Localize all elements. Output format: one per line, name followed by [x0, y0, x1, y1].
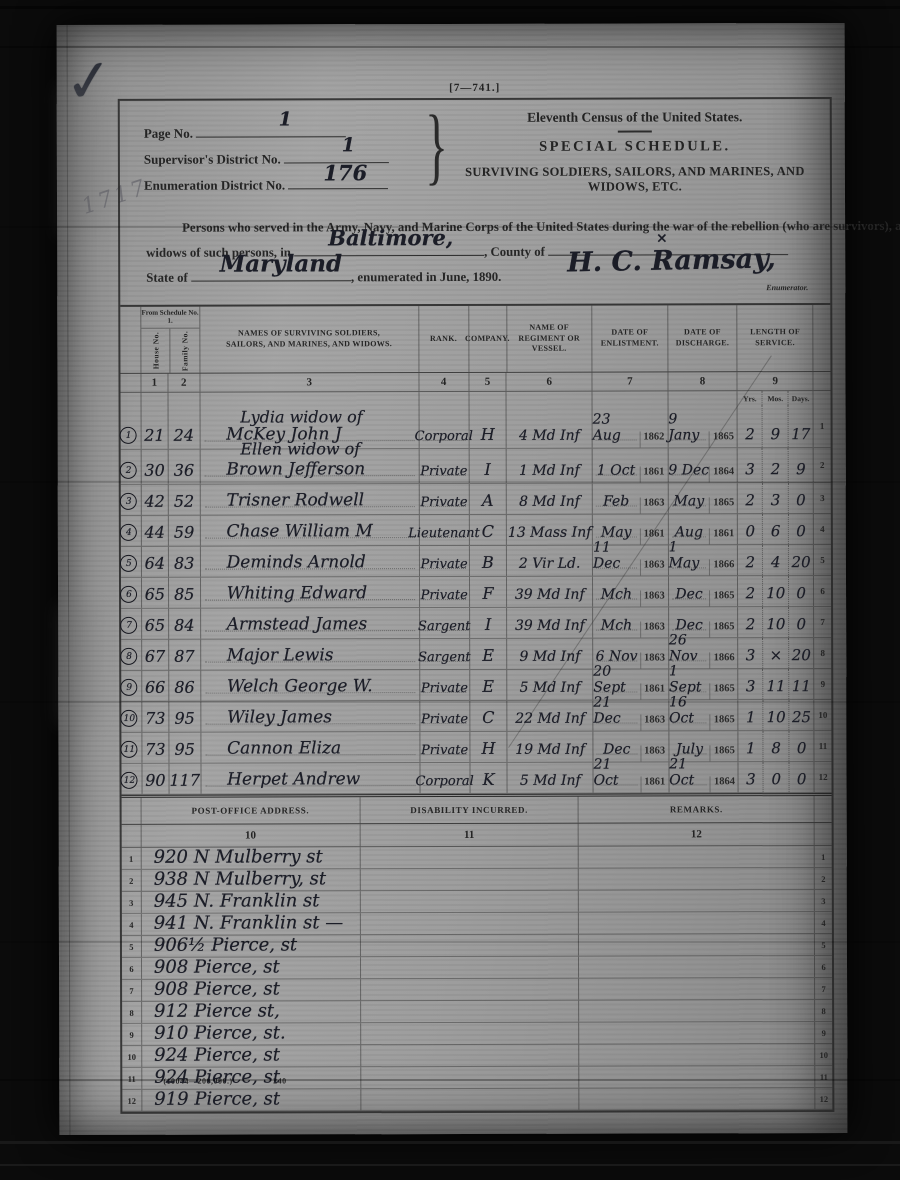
scan-smudge — [58, 605, 98, 725]
regiment-cell: 5 Md Inf — [508, 763, 594, 793]
disability-cell — [360, 869, 579, 891]
family-no-cell: 52 — [169, 485, 201, 515]
disability-cell — [361, 1089, 580, 1111]
service-days-cell: 9 — [789, 448, 814, 482]
discharge-year: 1866 — [709, 559, 737, 575]
address-cell: 910 Pierce, st. — [142, 1023, 361, 1045]
enlistment-day-month: Mch — [593, 618, 640, 638]
header-brace: } — [425, 102, 448, 188]
service-days-cell: 17 — [789, 405, 814, 447]
left-row-number: 4 — [122, 914, 142, 935]
enlistment-cell: 23 Aug 1862 — [593, 405, 669, 447]
house-no-cell: 66 — [142, 671, 169, 701]
name-cell: Herpet Andrew — [201, 763, 420, 794]
house-no-cell: 65 — [142, 578, 169, 608]
address-table-header: Post-office Address. Disability Incurred… — [122, 796, 832, 825]
left-row-number: 3 — [122, 892, 142, 913]
name-cell: Cannon Eliza — [201, 732, 420, 763]
company-cell: B — [469, 546, 507, 576]
enlistment-day-month: 21 Dec — [593, 695, 640, 731]
column-number-row: 1 2 3 4 5 6 7 8 9 — [120, 372, 830, 393]
company-cell: F — [470, 577, 508, 607]
service-years-cell: 3 — [739, 762, 764, 792]
page-no-value: 1 — [279, 108, 292, 130]
rank-cell: Private — [420, 670, 470, 700]
family-no-cell: 95 — [169, 733, 201, 763]
service-months-cell: 10 — [764, 700, 790, 730]
service-days-cell: 0 — [790, 731, 815, 761]
scan-streak — [0, 1141, 900, 1144]
circled-row-number: 7 — [121, 617, 138, 634]
soldier-name: Major Lewis — [201, 645, 334, 669]
left-row-number: 12 — [122, 1090, 142, 1111]
company-cell: K — [470, 763, 508, 793]
soldier-name: Deminds Arnold — [201, 552, 366, 576]
colnum-1: 1 — [141, 374, 168, 392]
circled-row-number: 3 — [120, 493, 137, 510]
discharge-year: 1864 — [710, 776, 738, 792]
soldier-name: Whiting Edward — [201, 583, 367, 607]
service-days-cell: 20 — [789, 638, 814, 668]
rank-header: Rank. — [419, 306, 469, 372]
right-row-number: 4 — [815, 912, 832, 933]
colnum-2: 2 — [168, 374, 200, 392]
service-days-cell: 0 — [789, 607, 814, 637]
enlistment-cell: Mch 1863 — [593, 607, 669, 637]
remarks-cell — [580, 1088, 816, 1110]
remarks-cell — [579, 890, 815, 912]
enlistment-day-month: 21 Oct — [594, 757, 641, 793]
discharge-year: 1865 — [710, 683, 738, 699]
remarks-cell — [579, 978, 815, 1000]
enlistment-day-month: Mch — [593, 587, 640, 607]
address-cell: 919 Pierce, st — [142, 1089, 361, 1111]
service-years-cell: 3 — [738, 448, 763, 482]
service-days-cell: 0 — [789, 483, 814, 513]
table-row: 3 42 52 Trisner Rodwell Private A 8 Md I… — [121, 483, 831, 516]
left-row-number: 1 — [122, 848, 142, 869]
schedule-title: SPECIAL SCHEDULE. — [450, 138, 820, 156]
remarks-cell — [579, 912, 815, 934]
enlistment-day-month: Feb — [593, 494, 640, 514]
soldier-name: Armstead James — [201, 614, 367, 638]
place-value: Baltimore, — [328, 225, 453, 250]
remarks-cell — [580, 1000, 816, 1022]
widow-of-line: Ellen widow of — [240, 439, 360, 458]
service-days-cell: 0 — [789, 514, 814, 544]
left-row-number: 8 — [122, 1002, 142, 1023]
address-cell: 908 Pierce, st — [142, 957, 361, 979]
colnum-8: 8 — [668, 372, 738, 390]
scanned-census-photo: { "form_code": "[7—741.]", "header": { "… — [0, 0, 900, 1180]
circled-row-number: 8 — [121, 648, 138, 665]
address-cell: 924 Pierce, st — [142, 1067, 361, 1089]
row-number-cell: 9 — [121, 671, 142, 701]
right-row-number: 5 — [814, 545, 831, 575]
house-no-cell: 73 — [142, 733, 169, 763]
row-number-cell: 5 — [121, 547, 142, 577]
disability-cell — [361, 979, 580, 1001]
name-cell: Trisner Rodwell — [200, 484, 419, 515]
address-row: 7 908 Pierce, st 7 — [122, 978, 832, 1002]
enumeration-district-value: 176 — [323, 160, 367, 185]
colnum-7: 7 — [592, 372, 668, 390]
regiment-cell: 1 Md Inf — [507, 449, 593, 483]
regiment-cell: 19 Md Inf — [508, 732, 594, 762]
name-cell: Wiley James — [201, 701, 420, 732]
enumeration-district-line: 176 — [288, 176, 388, 189]
discharge-year: 1865 — [709, 590, 737, 606]
name-cell: Ellen widow of Brown Jefferson — [200, 449, 419, 484]
remarks-cell — [579, 934, 815, 956]
page-no-row: Page No. 1 — [144, 124, 346, 142]
service-years-cell: 2 — [738, 405, 763, 447]
enlistment-day-month: 1 Oct — [593, 463, 640, 483]
discharge-year: 1864 — [709, 466, 737, 482]
rank-cell: Private — [419, 449, 469, 483]
circled-row-number: 9 — [121, 679, 138, 696]
regiment-cell: 22 Md Inf — [508, 701, 594, 731]
mos-subheader: Mos. — [763, 391, 789, 405]
checkmark-annotation: ✓ — [61, 45, 117, 118]
enumerator-label: Enumerator. — [766, 283, 808, 292]
preamble-line1: Persons who served in the Army, Navy, an… — [146, 219, 804, 236]
name-cell: Armstead James — [201, 608, 420, 639]
row-number-cell: 12 — [121, 764, 142, 794]
enlistment-cell: Mch 1863 — [593, 576, 669, 606]
enlistment-year: 1863 — [640, 745, 668, 761]
disability-cell — [361, 1067, 580, 1089]
county-label: , County of — [484, 245, 545, 259]
service-days-cell: 20 — [789, 545, 814, 575]
table-row: 5 64 83 Deminds Arnold Private B 2 Vir L… — [121, 545, 831, 578]
from-schedule-column-group: From Schedule No. 1. House No. Family No… — [141, 307, 200, 373]
left-row-number: 10 — [122, 1046, 142, 1067]
right-row-number: 4 — [814, 514, 831, 544]
service-years-cell: 2 — [738, 607, 763, 637]
enumeration-district-label: Enumeration District No. — [144, 177, 285, 192]
house-no-cell: 64 — [142, 547, 169, 577]
discharge-year: 1865 — [710, 621, 738, 637]
address-row: 6 908 Pierce, st 6 — [122, 956, 832, 980]
rank-cell: Private — [420, 484, 470, 514]
address-cell: 941 N. Franklin st — — [142, 913, 361, 935]
colnum-11: 11 — [360, 824, 579, 847]
right-row-number: 9 — [815, 1022, 832, 1043]
enlistment-year: 1863 — [640, 652, 668, 668]
left-row-number: 2 — [122, 870, 142, 891]
service-years-cell: 0 — [738, 514, 763, 544]
circled-row-number: 10 — [121, 710, 138, 727]
rank-cell: Corporal — [419, 406, 469, 448]
enumerated-label: , enumerated in June, 1890. — [351, 270, 501, 284]
service-years-cell: 2 — [738, 483, 763, 513]
enlistment-cell: Feb 1863 — [593, 483, 669, 513]
state-label: State of — [146, 271, 188, 285]
title-rule — [618, 130, 652, 132]
discharge-cell: 1 May 1866 — [669, 545, 739, 575]
discharge-cell: Dec 1865 — [669, 576, 739, 606]
enlistment-day-month: 11 Dec — [593, 540, 640, 576]
service-days-cell: 11 — [789, 669, 814, 699]
soldier-name: Chase William M — [200, 521, 372, 545]
enlistment-header: Date of Enlistment. — [592, 305, 668, 371]
colnum-4: 4 — [419, 373, 469, 391]
discharge-day-month: 21 Oct — [669, 756, 710, 792]
enlistment-year: 1861 — [640, 776, 668, 792]
paper-edge-line — [67, 25, 71, 1135]
family-no-cell: 36 — [168, 450, 200, 484]
disability-cell — [361, 1001, 580, 1023]
family-no-header: Family No. — [171, 328, 199, 372]
left-row-number: 11 — [122, 1068, 142, 1089]
company-cell: C — [469, 515, 507, 545]
table-row: 6 65 85 Whiting Edward Private F 39 Md I… — [121, 576, 831, 609]
left-row-number: 5 — [122, 936, 142, 957]
colnum-5: 5 — [469, 373, 507, 391]
row-number-cell: 2 — [121, 450, 142, 484]
enlistment-year: 1862 — [639, 431, 667, 447]
right-row-number: 6 — [814, 576, 831, 606]
circled-row-number: 1 — [120, 427, 137, 444]
main-table: From Schedule No. 1. House No. Family No… — [120, 303, 831, 795]
remarks-cell — [579, 846, 815, 868]
days-subheader: Days. — [789, 391, 814, 405]
company-cell: E — [470, 670, 508, 700]
disability-cell — [361, 891, 580, 913]
rank-cell: Private — [420, 732, 470, 762]
page-no-label: Page No. — [144, 126, 193, 141]
right-row-number: 11 — [815, 1066, 832, 1087]
colnum-6: 6 — [507, 373, 593, 391]
address-table: Post-office Address. Disability Incurred… — [122, 793, 833, 1112]
right-row-number: 1 — [815, 846, 832, 867]
row-number-cell: 7 — [121, 609, 142, 639]
right-row-number: 8 — [815, 1000, 832, 1021]
remarks-cell — [579, 868, 815, 890]
house-no-cell: 73 — [142, 702, 169, 732]
address-cell: 920 N Mulberry st — [142, 847, 361, 869]
family-no-cell: 87 — [169, 640, 201, 670]
left-row-number: 7 — [122, 980, 142, 1001]
right-row-number: 9 — [814, 669, 831, 699]
from-schedule-label: From Schedule No. 1. — [141, 307, 199, 329]
table-row: 11 73 95 Cannon Eliza Private H 19 Md In… — [121, 731, 831, 764]
form-header: Page No. 1 Supervisor's District No. 1 E… — [120, 99, 830, 217]
discharge-day-month: May — [668, 493, 709, 513]
right-row-number: 2 — [814, 448, 831, 482]
service-months-cell: 4 — [763, 545, 789, 575]
address-cell: 912 Pierce st, — [142, 1001, 361, 1023]
service-years-cell: 2 — [738, 576, 763, 606]
page-no-line: 1 — [196, 124, 346, 137]
disability-cell — [361, 1023, 580, 1045]
address-row: 11 924 Pierce, st 11 — [122, 1066, 832, 1090]
address-row: 3 945 N. Franklin st 3 — [122, 890, 832, 914]
regiment-cell: 9 Md Inf — [508, 639, 594, 669]
company-cell: A — [469, 484, 507, 514]
table-row: 4 44 59 Chase William M Lieutenant C 13 … — [121, 514, 831, 547]
disability-cell — [361, 1045, 580, 1067]
discharge-day-month: 1 May — [669, 539, 710, 575]
enumerator-signature: H. C. Ramsay, — [566, 243, 775, 278]
house-no-header: House No. — [141, 329, 170, 373]
enlistment-year: 1863 — [640, 590, 668, 606]
address-row: 8 912 Pierce st, 8 — [122, 1000, 832, 1024]
family-no-cell: 24 — [168, 407, 200, 449]
right-row-number: 6 — [815, 956, 832, 977]
discharge-day-month: 16 Oct — [669, 694, 710, 730]
left-row-number: 9 — [122, 1024, 142, 1045]
house-no-cell: 21 — [141, 407, 168, 449]
discharge-year: 1865 — [709, 431, 737, 447]
names-header: Names of Surviving Soldiers, Sailors, an… — [200, 306, 419, 373]
table-row: 10 73 95 Wiley James Private C 22 Md Inf… — [121, 700, 831, 733]
colnum-10: 10 — [142, 824, 361, 847]
right-row-number: 5 — [815, 934, 832, 955]
scan-streak — [0, 1164, 900, 1166]
service-months-cell: 6 — [763, 514, 789, 544]
scan-streak — [0, 6, 900, 9]
soldier-name: Wiley James — [201, 707, 332, 731]
service-months-cell: 10 — [763, 607, 789, 637]
enlistment-year: 1863 — [640, 559, 668, 575]
house-no-cell: 90 — [142, 764, 169, 794]
service-months-cell: × — [763, 638, 789, 668]
service-months-cell: 8 — [764, 731, 790, 761]
house-family-cols: House No. Family No. — [141, 328, 199, 372]
discharge-year: 1865 — [710, 745, 738, 761]
discharge-day-month: 9 Dec — [668, 462, 709, 482]
right-row-number: 8 — [814, 638, 831, 668]
enlistment-year: 1863 — [639, 497, 667, 513]
discharge-day-month: 9 Jany — [668, 411, 709, 447]
soldier-name: Herpet Andrew — [201, 769, 360, 793]
right-row-number: 12 — [815, 762, 832, 792]
company-cell: H — [469, 406, 507, 448]
right-row-number: 12 — [815, 1088, 832, 1109]
right-row-number: 2 — [815, 868, 832, 889]
soldier-name: Trisner Rodwell — [200, 490, 364, 514]
main-table-header: From Schedule No. 1. House No. Family No… — [120, 305, 830, 374]
right-row-number: 7 — [814, 607, 831, 637]
table-row: 9 66 86 Welch George W. Private E 5 Md I… — [121, 669, 831, 702]
regiment-cell: 39 Md Inf — [508, 608, 594, 638]
name-cell: Welch George W. — [201, 670, 420, 701]
row-number-cell: 10 — [121, 702, 142, 732]
company-cell: I — [469, 449, 507, 483]
discharge-year: 1866 — [710, 652, 738, 668]
service-months-cell: 3 — [763, 483, 789, 513]
service-days-cell: 0 — [789, 576, 814, 606]
service-header: Length of Service. — [738, 305, 814, 371]
circled-row-number: 12 — [121, 772, 138, 789]
schedule-subtitle: SURVIVING SOLDIERS, SAILORS, AND MARINES… — [450, 164, 820, 195]
address-row: 2 938 N Mulberry, st 2 — [122, 868, 832, 892]
service-days-cell: 0 — [790, 762, 815, 792]
remarks-cell — [579, 956, 815, 978]
circled-row-number: 6 — [120, 586, 137, 603]
family-no-cell: 86 — [169, 671, 201, 701]
service-years-cell: 2 — [738, 545, 763, 575]
row-number-cell: 8 — [121, 640, 142, 670]
enlistment-year: 1861 — [639, 466, 667, 482]
rank-cell: Private — [420, 701, 470, 731]
colnum-9: 9 — [738, 372, 814, 390]
regiment-header: Name of Regiment or Vessel. — [507, 306, 593, 372]
circled-row-number: 11 — [121, 741, 138, 758]
address-table-rows: 1 920 N Mulberry st 1 2 938 N Mulberry, … — [122, 846, 833, 1112]
circled-row-number: 4 — [120, 524, 137, 541]
table-row: 8 67 87 Major Lewis Sargent E 9 Md Inf 6… — [121, 638, 831, 671]
disability-cell — [361, 957, 580, 979]
census-title: Eleventh Census of the United States. — [450, 109, 820, 126]
right-row-number: 7 — [815, 978, 832, 999]
service-years-cell: 3 — [739, 638, 764, 668]
rank-cell: Lieutenant — [419, 515, 469, 545]
yrs-subheader: Yrs. — [738, 391, 763, 405]
discharge-year: 1865 — [709, 497, 737, 513]
enlistment-cell: 21 Oct 1861 — [594, 762, 670, 792]
service-months-cell: 0 — [764, 762, 790, 792]
colnum-3: 3 — [200, 373, 419, 392]
family-no-cell: 95 — [169, 702, 201, 732]
row-number-cell: 3 — [121, 485, 142, 515]
enlistment-year: 1861 — [640, 528, 668, 544]
service-months-cell: 9 — [763, 405, 789, 447]
house-no-cell: 44 — [142, 516, 169, 546]
table-row: 7 65 84 Armstead James Sargent I 39 Md I… — [121, 607, 831, 640]
company-cell: I — [470, 608, 508, 638]
discharge-cell: 16 Oct 1865 — [669, 700, 739, 730]
colnum-12: 12 — [579, 823, 815, 846]
right-row-number: 10 — [814, 700, 831, 730]
service-days-cell: 25 — [790, 700, 815, 730]
state-value: Maryland — [220, 250, 342, 277]
service-years-cell: 1 — [739, 731, 764, 761]
company-cell: C — [470, 701, 508, 731]
name-cell: Major Lewis — [201, 639, 420, 670]
address-row: 10 924 Pierce, st 10 — [122, 1044, 832, 1068]
row-number-cell: 6 — [121, 578, 142, 608]
header-rowmark-col — [120, 307, 141, 373]
house-no-cell: 67 — [142, 640, 169, 670]
service-years-cell: 3 — [739, 669, 764, 699]
county-value: × — [656, 230, 668, 246]
rank-cell: Private — [420, 546, 470, 576]
service-months-cell: 2 — [763, 448, 789, 482]
address-cell: 938 N Mulberry, st — [142, 869, 361, 891]
discharge-day-month: Dec — [669, 586, 710, 606]
address-number-row: 10 11 12 — [122, 823, 832, 848]
company-cell: E — [470, 639, 508, 669]
enlistment-cell: 1 Oct 1861 — [593, 448, 669, 482]
house-no-cell: 65 — [142, 609, 169, 639]
circled-row-number: 5 — [120, 555, 137, 572]
preamble: Persons who served in the Army, Navy, an… — [120, 215, 830, 305]
family-no-cell: 85 — [169, 578, 201, 608]
document-page: ✓ 1717 [7—741.] Page No. 1 Supervisor's … — [57, 23, 848, 1135]
address-cell: 908 Pierce, st — [142, 979, 361, 1001]
regiment-cell: 5 Md Inf — [508, 670, 594, 700]
table-row: 1 21 24 Lydia widow of McKey John J Corp… — [121, 405, 831, 450]
right-row-number: 1 — [814, 405, 831, 447]
family-no-cell: 83 — [169, 547, 201, 577]
disability-cell — [360, 847, 579, 869]
census-title-block: Eleventh Census of the United States. SP… — [450, 109, 820, 195]
enlistment-cell: 11 Dec 1863 — [593, 545, 669, 575]
enumeration-district-row: Enumeration District No. 176 — [144, 176, 388, 194]
